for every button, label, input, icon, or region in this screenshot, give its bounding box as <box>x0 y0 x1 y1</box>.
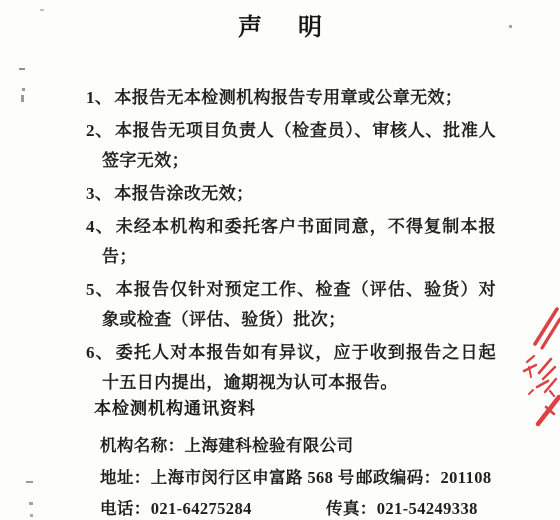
scan-speck <box>19 68 25 70</box>
scan-speck <box>21 95 24 102</box>
list-item: 1、本报告无本检测机构报告专用章或公章无效； <box>86 83 496 113</box>
page-title: 声明 <box>0 7 560 42</box>
item-number: 6、 <box>86 343 116 362</box>
item-number: 5、 <box>86 280 116 299</box>
item-number: 1、 <box>86 88 114 107</box>
contact-row-org: 机构名称：上海建科检验有限公司 <box>94 430 524 462</box>
phone-value: 021-64275284 <box>151 499 252 518</box>
scan-speck <box>40 9 44 11</box>
item-text: 委托人对本报告如有异议，应于收到报告之日起十五日内提出，逾期视为认可本报告。 <box>102 343 496 392</box>
item-text: 本报告无项目负责人（检查员）、审核人、批准人签字无效； <box>102 121 496 170</box>
contact-row-address: 地址：上海市闵行区申富路 568 号邮政编码：201108 <box>94 462 524 494</box>
item-text: 未经本机构和委托客户书面同意，不得复制本报告； <box>102 217 496 266</box>
address-label: 地址： <box>100 468 151 487</box>
scan-speck <box>29 502 33 505</box>
contact-heading: 本检测机构通讯资料 <box>94 394 524 419</box>
red-seal-strokes <box>524 309 560 424</box>
list-item: 6、委托人对本报告如有异议，应于收到报告之日起十五日内提出，逾期视为认可本报告。 <box>86 338 496 398</box>
phone-label: 电话： <box>100 499 151 518</box>
scan-speck <box>22 88 25 91</box>
item-text: 本报告无本检测机构报告专用章或公章无效； <box>114 88 462 107</box>
list-item: 5、本报告仅针对预定工作、检查（评估、验货）对象或检查（评估、验货）批次； <box>86 275 496 335</box>
item-text: 本报告仅针对预定工作、检查（评估、验货）对象或检查（评估、验货）批次； <box>102 280 496 329</box>
statement-page: { "title": { "char1": "声", "char2": "明" … <box>0 0 560 520</box>
fax-value: 021-54249338 <box>377 499 478 518</box>
item-text: 本报告涂改无效； <box>114 184 253 203</box>
phone-pair: 电话：021-64275284 <box>100 493 326 520</box>
item-number: 2、 <box>86 121 115 140</box>
page-title-char1: 声 <box>238 15 262 41</box>
item-number: 3、 <box>86 184 114 203</box>
scan-speck <box>30 514 33 517</box>
org-name-label: 机构名称： <box>100 436 185 455</box>
address-pair: 地址：上海市闵行区申富路 568 号 <box>100 462 356 494</box>
scan-speck <box>509 25 512 28</box>
postcode-label: 邮政编码： <box>356 468 441 487</box>
list-item: 3、本报告涂改无效； <box>86 179 496 209</box>
address-value: 上海市闵行区申富路 568 号 <box>151 468 355 487</box>
list-item: 4、未经本机构和委托客户书面同意，不得复制本报告； <box>86 212 496 272</box>
postcode-value: 201108 <box>441 468 492 487</box>
contact-row-phone: 电话：021-64275284传真：021-54249338 <box>94 493 524 520</box>
page-title-char2: 明 <box>298 15 322 41</box>
fax-label: 传真： <box>326 499 377 518</box>
org-name-value: 上海建科检验有限公司 <box>185 436 354 455</box>
item-number: 4、 <box>86 217 116 236</box>
list-item: 2、本报告无项目负责人（检查员）、审核人、批准人签字无效； <box>86 116 496 176</box>
contact-block: 本检测机构通讯资料 机构名称：上海建科检验有限公司 地址：上海市闵行区申富路 5… <box>94 394 524 520</box>
statement-list: 1、本报告无本检测机构报告专用章或公章无效； 2、本报告无项目负责人（检查员）、… <box>86 83 496 401</box>
scan-speck <box>26 481 33 483</box>
